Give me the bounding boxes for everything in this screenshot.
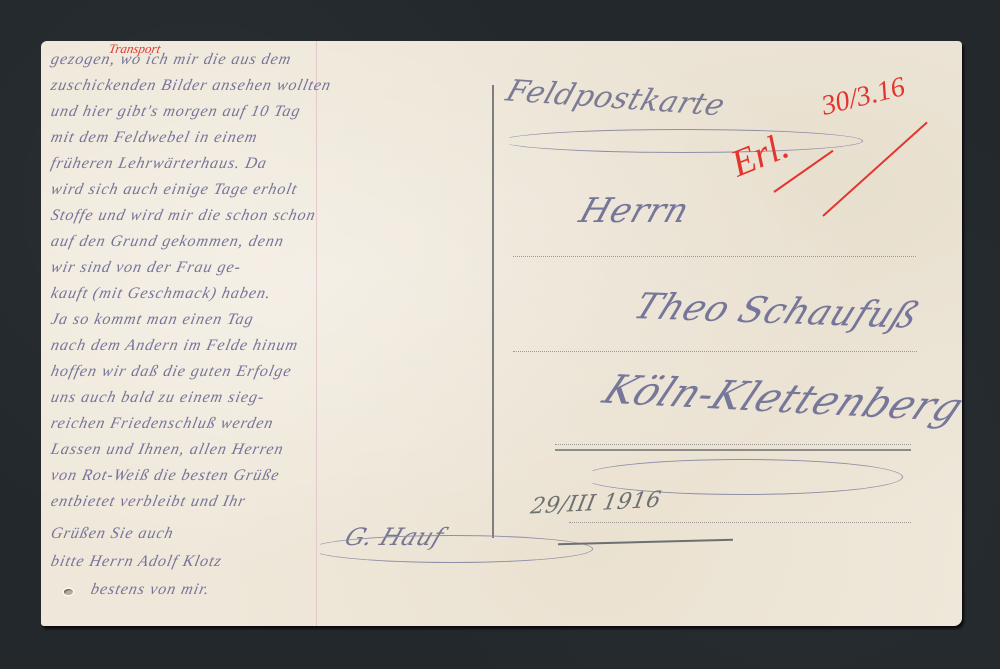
recipient-salutation: Herrn bbox=[575, 191, 695, 231]
date-underline-stroke bbox=[558, 539, 733, 546]
message-line: auf den Grund gekommen, denn bbox=[49, 233, 286, 251]
message-line: bitte Herrn Adolf Klotz bbox=[49, 553, 224, 571]
message-line: hoffen wir daß die guten Erfolge bbox=[49, 363, 293, 381]
address-line-2 bbox=[513, 351, 917, 352]
address-line-3-solid bbox=[555, 449, 911, 451]
message-line: und hier gibt's morgen auf 10 Tag bbox=[49, 103, 302, 121]
message-line: Stoffe und wird mir die schon schon bbox=[49, 207, 317, 225]
recipient-name: Theo Schaufuß bbox=[628, 286, 926, 336]
message-line: entbietet verbleibt und Ihr bbox=[49, 493, 247, 511]
recipient-city: Köln-Klettenberg bbox=[596, 367, 971, 431]
written-date: 29/III 1916 bbox=[529, 487, 664, 519]
message-line: Lassen und Ihnen, allen Herren bbox=[49, 441, 285, 459]
vertical-divider-line bbox=[492, 85, 494, 538]
message-line: wir sind von der Frau ge- bbox=[49, 259, 243, 277]
message-line: kauft (mit Geschmack) haben. bbox=[49, 285, 273, 303]
faint-margin-rule bbox=[316, 41, 317, 626]
signature-flourish bbox=[311, 535, 593, 563]
message-line: gezogen, wo ich mir die aus dem bbox=[49, 51, 293, 69]
address-line-1 bbox=[513, 256, 916, 257]
message-line: von Rot-Weiß die besten Grüße bbox=[49, 467, 281, 485]
message-line: mit dem Feldwebel in einem bbox=[49, 129, 259, 147]
card-title-feldpostkarte: Feldpostkarte bbox=[502, 74, 730, 123]
message-line: zuschickenden Bilder ansehen wollten bbox=[49, 77, 333, 95]
pin-hole bbox=[64, 589, 73, 595]
message-line: früheren Lehrwärterhaus. Da bbox=[49, 155, 269, 173]
message-line: Grüßen Sie auch bbox=[49, 525, 175, 543]
message-line: reichen Friedenschluß werden bbox=[49, 415, 275, 433]
message-line: wird sich auch einige Tage erholt bbox=[49, 181, 299, 199]
title-underline-flourish bbox=[501, 129, 863, 153]
postcard: Transport gezogen, wo ich mir die aus de… bbox=[41, 41, 962, 626]
message-line: nach dem Andern im Felde hinum bbox=[49, 337, 300, 355]
message-line: bestens von mir. bbox=[89, 581, 211, 599]
address-line-4 bbox=[569, 522, 911, 523]
address-line-3-dotted bbox=[555, 444, 911, 445]
message-line: uns auch bald zu einem sieg- bbox=[49, 389, 266, 407]
message-line: Ja so kommt man einen Tag bbox=[49, 311, 255, 329]
received-date: 30/3.16 bbox=[818, 71, 908, 123]
